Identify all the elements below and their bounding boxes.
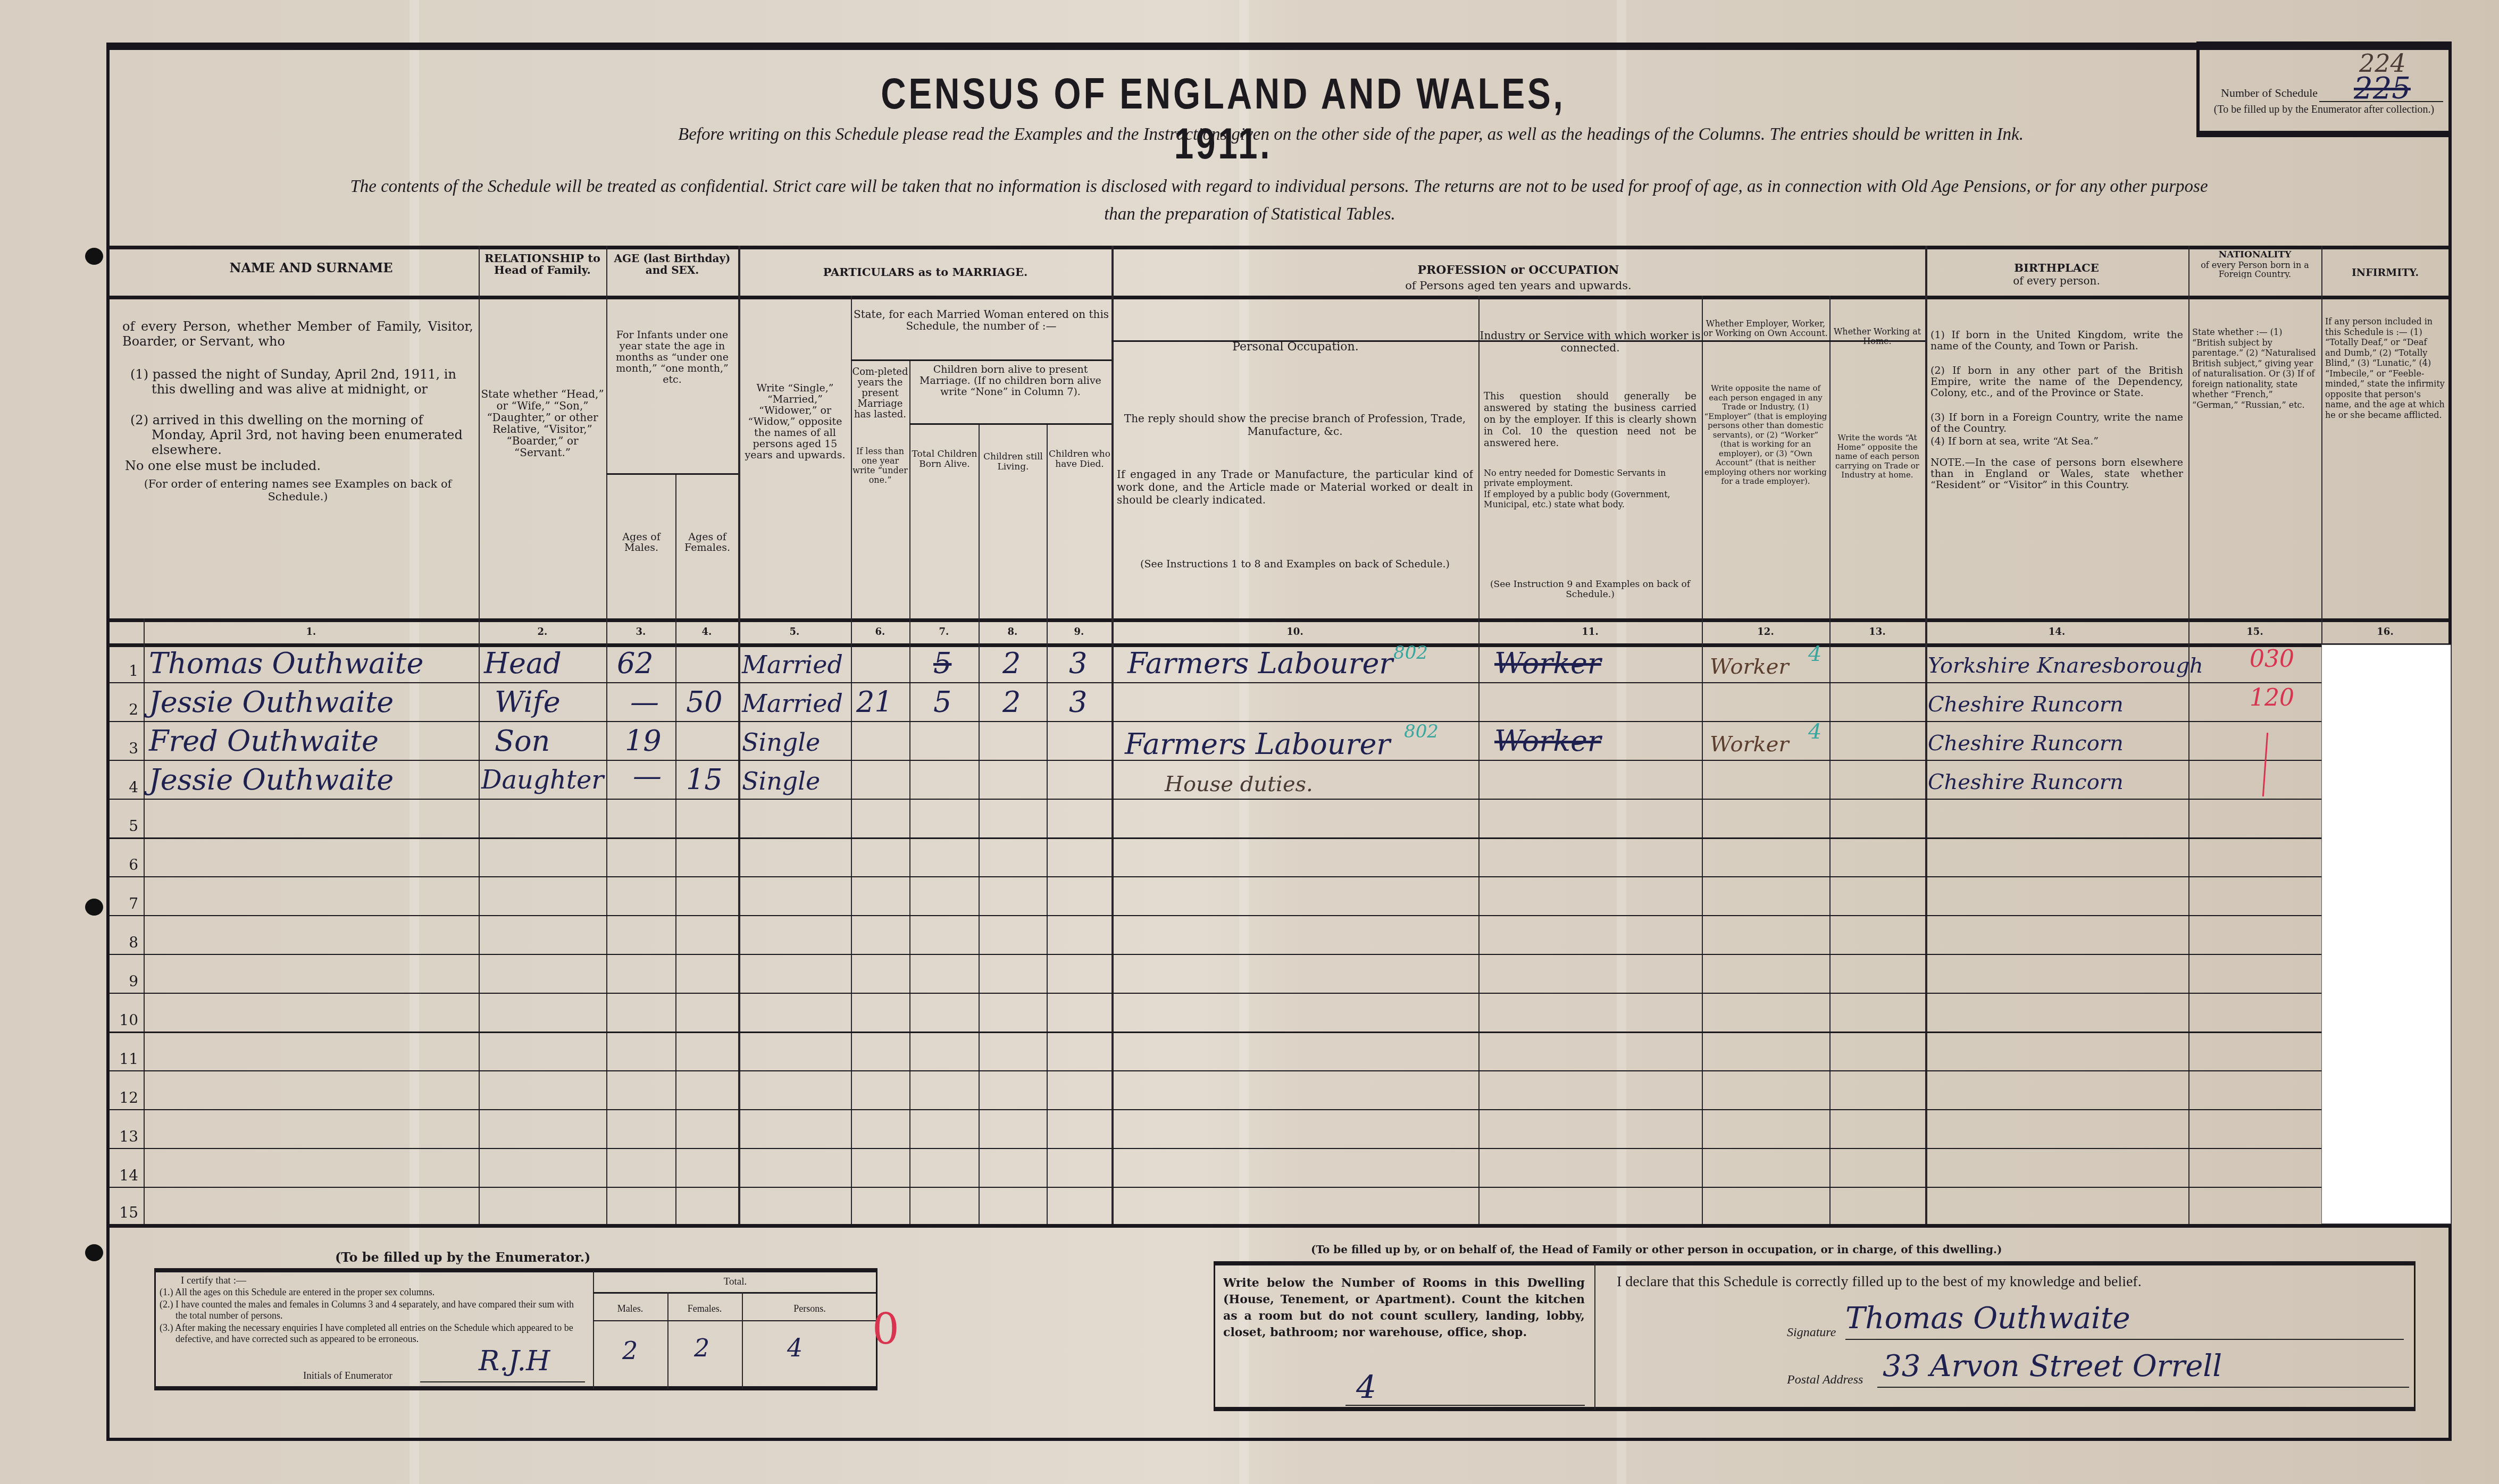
col-desc-married-woman: State, for each Married Woman entered on… bbox=[852, 308, 1110, 332]
col-header-age: AGE (last Birthday) and SEX. bbox=[607, 253, 737, 276]
col-number: 3. bbox=[606, 626, 675, 638]
person-occupation-code: 802 bbox=[1393, 637, 1428, 669]
col-desc-name-2: (2) arrived in this dwelling on the morn… bbox=[125, 413, 473, 457]
row-number: 7 bbox=[110, 895, 141, 912]
col-header-name: NAME AND SURNAME bbox=[144, 261, 479, 275]
col-desc-nationality: State whether :— (1) “British subject by… bbox=[2192, 327, 2318, 410]
col-desc-industry-4: (See Instruction 9 and Examples on back … bbox=[1484, 580, 1696, 600]
col-number: 8. bbox=[979, 626, 1047, 638]
enumerator-item-2: (2.) I have counted the males and female… bbox=[160, 1299, 585, 1321]
col-header-employment: Whether Employer, Worker, or Working on … bbox=[1703, 319, 1828, 338]
rooms-count: 4 bbox=[1356, 1372, 1376, 1404]
col-header-occupation-sub: of Persons aged ten years and upwards. bbox=[1113, 279, 1924, 292]
col-header-marriage: PARTICULARS as to MARRIAGE. bbox=[739, 265, 1111, 279]
col-desc-birthplace-1: (1) If born in the United Kingdom, write… bbox=[1930, 330, 2183, 352]
col-desc-industry-2: No entry needed for Domestic Servants in… bbox=[1484, 468, 1696, 488]
persons-label: Persons. bbox=[742, 1302, 877, 1315]
person-marital: Single bbox=[742, 726, 820, 758]
person-marital: Married bbox=[742, 687, 843, 719]
redacted-area bbox=[2321, 644, 2451, 1224]
col-number: 14. bbox=[1925, 626, 2188, 638]
row-number: 4 bbox=[110, 778, 141, 796]
col-desc-name-1: (1) passed the night of Sunday, April 2n… bbox=[125, 367, 473, 397]
postal-address-label: Postal Address bbox=[1787, 1373, 1863, 1387]
declaration: I declare that this Schedule is correctl… bbox=[1617, 1275, 2404, 1289]
person-birthplace: Cheshire Runcorn bbox=[1928, 766, 2124, 798]
col-desc-years-married-note: If less than one year write “under one.” bbox=[852, 447, 908, 485]
person-name: Jessie Outhwaite bbox=[149, 686, 394, 718]
signature-label: Signature bbox=[1787, 1326, 1836, 1339]
person-employment: Worker bbox=[1710, 651, 1789, 683]
person-living: 2 bbox=[1002, 686, 1021, 718]
col-number: 10. bbox=[1111, 626, 1478, 638]
col-desc-relationship: State whether “Head,” or “Wife,” “Son,” … bbox=[481, 388, 604, 458]
total-females: 2 bbox=[694, 1332, 709, 1364]
enumerator-item-3: (3.) After making the necessary enquirie… bbox=[160, 1322, 585, 1345]
person-occupation: Farmers Labourer bbox=[1125, 728, 1390, 760]
person-age-female: 50 bbox=[686, 686, 723, 718]
col-desc-children: Children born alive to present Marriage.… bbox=[910, 364, 1110, 398]
person-industry: Worker bbox=[1494, 648, 1601, 680]
person-age-male: — bbox=[633, 760, 662, 792]
punch-hole-icon bbox=[85, 248, 103, 265]
col-header-personal-occupation: Personal Occupation. bbox=[1113, 340, 1478, 354]
row-number: 6 bbox=[110, 856, 141, 874]
males-label: Males. bbox=[593, 1302, 667, 1315]
person-died: 3 bbox=[1069, 648, 1087, 680]
person-age-male: 62 bbox=[617, 648, 654, 680]
col-desc-occupation-1: The reply should show the precise branch… bbox=[1117, 412, 1473, 438]
postal-address: 33 Arvon Street Orrell bbox=[1883, 1351, 2222, 1382]
instruction-line-2: The contents of the Schedule will be tre… bbox=[122, 177, 2436, 197]
col-header-ages-males: Ages of Males. bbox=[607, 532, 675, 553]
col-header-nationality: NATIONALITY bbox=[2189, 250, 2320, 260]
person-industry: Worker bbox=[1494, 725, 1601, 757]
col-desc-years-married: Com-pleted years the present Marriage ha… bbox=[852, 367, 908, 420]
col-header-at-home: Whether Working at Home. bbox=[1831, 327, 1924, 346]
person-birthplace-code: 030 bbox=[2250, 643, 2294, 675]
person-relationship: Head bbox=[484, 648, 562, 680]
row-number: 5 bbox=[110, 817, 141, 835]
schedule-number-box: 224 225 Number of Schedule (To be filled… bbox=[2196, 41, 2452, 137]
document-title: CENSUS OF ENGLAND AND WALES, 1911. bbox=[840, 69, 1606, 169]
col-number: 4. bbox=[675, 626, 738, 638]
total-persons: 4 bbox=[787, 1332, 803, 1364]
punch-hole-icon bbox=[85, 1244, 103, 1261]
col-number: 5. bbox=[738, 626, 851, 638]
person-marital: Married bbox=[742, 649, 843, 681]
row-number: 8 bbox=[110, 934, 141, 951]
total-label: Total. bbox=[593, 1275, 877, 1289]
col-number: 13. bbox=[1829, 626, 1925, 638]
col-number: 1. bbox=[144, 626, 479, 638]
person-occupation-code: 802 bbox=[1404, 716, 1439, 748]
col-header-infirmity: INFIRMITY. bbox=[2322, 266, 2448, 280]
total-males: 2 bbox=[622, 1335, 638, 1366]
col-number: 12. bbox=[1702, 626, 1829, 638]
person-age-female: 15 bbox=[686, 764, 723, 796]
person-total-born: 5 bbox=[933, 648, 951, 680]
person-birthplace-code: 120 bbox=[2250, 682, 2294, 714]
person-years-married: 21 bbox=[856, 686, 893, 718]
signature: Thomas Outhwaite bbox=[1845, 1303, 2130, 1335]
person-age-male: 19 bbox=[625, 725, 662, 757]
schedule-number-note: (To be filled up by the Enumerator after… bbox=[2203, 104, 2445, 115]
col-number: 16. bbox=[2321, 626, 2449, 638]
col-desc-name-3: No one else must be included. bbox=[125, 458, 473, 473]
head-of-family-heading: (To be filled up by, or on behalf of, th… bbox=[1311, 1243, 2002, 1256]
col-number: 7. bbox=[909, 626, 979, 638]
enumerator-heading: (To be filled up by the Enumerator.) bbox=[335, 1250, 590, 1265]
row-number: 11 bbox=[110, 1050, 141, 1068]
person-employment-code: 4 bbox=[1808, 716, 1821, 748]
row-number: 13 bbox=[110, 1128, 141, 1145]
col-number: 9. bbox=[1047, 626, 1111, 638]
row-number: 14 bbox=[110, 1167, 141, 1184]
person-total-born: 5 bbox=[933, 686, 951, 718]
person-age-male: — bbox=[630, 686, 659, 718]
person-occupation: House duties. bbox=[1165, 768, 1313, 800]
person-occupation: Farmers Labourer bbox=[1127, 648, 1393, 680]
person-relationship: Wife bbox=[495, 686, 561, 718]
col-number: 15. bbox=[2188, 626, 2321, 638]
row-number: 2 bbox=[110, 701, 141, 718]
col-desc-infirmity: If any person included in this Schedule … bbox=[2325, 316, 2445, 420]
census-paper: CENSUS OF ENGLAND AND WALES, 1911. Befor… bbox=[0, 0, 2499, 1484]
col-desc-at-home: Write the words “At Home” opposite the n… bbox=[1831, 433, 1924, 480]
col-desc-occupation-2: If engaged in any Trade or Manufacture, … bbox=[1117, 468, 1473, 506]
person-birthplace: Yorkshire Knaresborough bbox=[1928, 650, 2203, 682]
person-birthplace: Cheshire Runcorn bbox=[1928, 727, 2124, 759]
person-name: Fred Outhwaite bbox=[149, 725, 379, 757]
col-header-industry: Industry or Service with which worker is… bbox=[1480, 330, 1701, 354]
col-header-ages-females: Ages of Females. bbox=[676, 532, 738, 553]
person-marital: Single bbox=[742, 765, 820, 797]
col-desc-birthplace-4: (4) If born at sea, write “At Sea.” bbox=[1930, 436, 2183, 447]
rooms-instruction: Write below the Number of Rooms in this … bbox=[1223, 1275, 1585, 1341]
row-number: 3 bbox=[110, 740, 141, 757]
col-desc-birthplace-2: (2) If born in any other part of the Bri… bbox=[1930, 365, 2183, 399]
person-name: Thomas Outhwaite bbox=[149, 648, 423, 680]
col-number: 6. bbox=[851, 626, 909, 638]
enumerator-item-1: (1.) All the ages on this Schedule are e… bbox=[160, 1287, 585, 1298]
col-header-nationality-sub: of every Person born in a Foreign Countr… bbox=[2189, 261, 2320, 279]
col-desc-name-4: (For order of entering names see Example… bbox=[122, 477, 473, 503]
col-desc-still-living: Children still Living. bbox=[980, 452, 1047, 472]
row-number: 9 bbox=[110, 972, 141, 990]
col-desc-total-born: Total Children Born Alive. bbox=[910, 449, 979, 469]
col-header-relationship: RELATIONSHIP to Head of Family. bbox=[480, 253, 605, 276]
col-number: 11. bbox=[1478, 626, 1702, 638]
person-relationship: Son bbox=[495, 725, 550, 757]
col-desc-age: For Infants under one year state the age… bbox=[607, 330, 737, 385]
row-number: 15 bbox=[110, 1204, 141, 1221]
row-number: 1 bbox=[110, 662, 141, 680]
col-number: 2. bbox=[479, 626, 606, 638]
person-name: Jessie Outhwaite bbox=[149, 764, 394, 796]
col-header-birthplace: BIRTHPLACE bbox=[1926, 261, 2187, 275]
col-desc-industry-1: This question should generally be answer… bbox=[1484, 391, 1696, 449]
col-desc-employment: Write opposite the name of each person e… bbox=[1703, 384, 1828, 487]
enumerator-initials: R.J.H bbox=[479, 1345, 550, 1377]
col-desc-marital-condition: Write “Single,” “Married,” “Widower,” or… bbox=[740, 383, 850, 461]
col-header-occupation: PROFESSION or OCCUPATION bbox=[1113, 263, 1924, 278]
person-relationship: Daughter bbox=[481, 764, 604, 796]
col-desc-birthplace-3: (3) If born in a Foreign Country, write … bbox=[1930, 412, 2183, 434]
col-header-birthplace-sub: of every person. bbox=[1926, 274, 2187, 288]
col-desc-occupation-3: (See Instructions 1 to 8 and Examples on… bbox=[1117, 558, 1473, 571]
person-employment: Worker bbox=[1710, 728, 1789, 760]
row-number: 10 bbox=[110, 1011, 141, 1029]
females-label: Females. bbox=[667, 1302, 742, 1315]
enumerator-certify: I certify that :— bbox=[181, 1275, 489, 1287]
col-desc-died: Children who have Died. bbox=[1048, 449, 1111, 469]
instruction-line-3: than the preparation of Statistical Tabl… bbox=[771, 205, 1728, 224]
person-died: 3 bbox=[1069, 686, 1087, 718]
red-circle-mark: 0 bbox=[872, 1313, 899, 1345]
person-employment-code: 4 bbox=[1808, 638, 1821, 670]
col-desc-birthplace-note: NOTE.—In the case of persons born elsewh… bbox=[1930, 457, 2183, 491]
person-birthplace: Cheshire Runcorn bbox=[1928, 689, 2124, 720]
person-living: 2 bbox=[1002, 648, 1021, 680]
punch-hole-icon bbox=[85, 899, 103, 916]
schedule-number-label: Number of Schedule bbox=[2221, 86, 2318, 100]
col-desc-industry-3: If employed by a public body (Government… bbox=[1484, 489, 1696, 509]
col-desc-name: of every Person, whether Member of Famil… bbox=[122, 319, 473, 349]
initials-label: Initials of Enumerator bbox=[303, 1369, 392, 1383]
row-number: 12 bbox=[110, 1089, 141, 1106]
instruction-line-1: Before writing on this Schedule please r… bbox=[420, 125, 2281, 145]
